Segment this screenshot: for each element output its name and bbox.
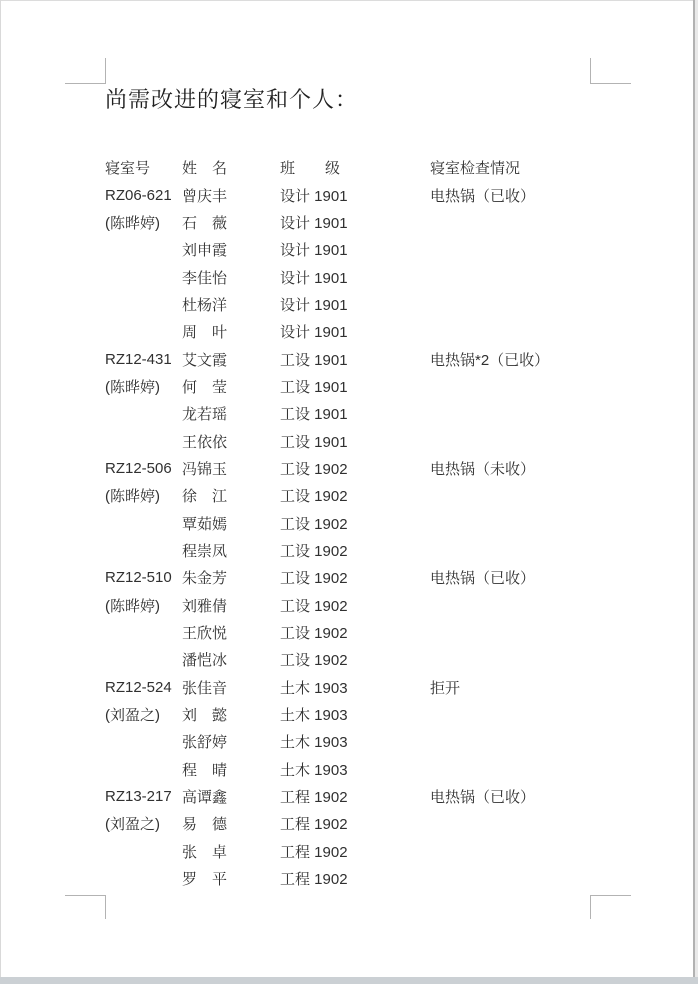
name-cell: 张佳音 [182,677,280,698]
class-cell: 工设 1901 [280,349,430,370]
class-cell: 工程 1902 [280,841,430,862]
name-cell: 张舒婷 [182,731,280,752]
room-cell: RZ12-510 [105,569,182,586]
column-header-inspection: 寝室检查情况 [430,157,593,178]
text-area: 尚需改进的寝室和个人： 寝室号 姓 名 班 级 寝室检查情况 RZ06-621曾… [105,84,593,892]
column-header-name: 姓 名 [182,157,280,178]
table-row: 张舒婷土木 1903 [105,728,593,755]
table-row: 程 晴土木 1903 [105,756,593,783]
table-row: RZ06-621曾庆丰设计 1901电热锅（已收） [105,181,593,208]
table-header-row: 寝室号 姓 名 班 级 寝室检查情况 [105,154,593,181]
name-cell: 刘申霞 [182,239,280,260]
class-cell: 土木 1903 [280,759,430,780]
class-cell: 工设 1902 [280,513,430,534]
table-row: 王欣悦工设 1902 [105,619,593,646]
page-edge-top [0,0,698,1]
inspection-cell: 电热锅（未收） [430,458,593,479]
inspection-table-body: RZ06-621曾庆丰设计 1901电热锅（已收）(陈晔婷)石 薇设计 1901… [105,181,593,892]
crop-mark-bottom-left [65,895,106,896]
document-page: 尚需改进的寝室和个人： 寝室号 姓 名 班 级 寝室检查情况 RZ06-621曾… [0,0,698,984]
class-cell: 工设 1902 [280,622,430,643]
name-cell: 覃茹嫣 [182,513,280,534]
page-edge-bottom [0,977,698,984]
room-cell: (陈晔婷) [105,485,182,506]
table-row: RZ12-510朱金芳工设 1902电热锅（已收） [105,564,593,591]
class-cell: 土木 1903 [280,731,430,752]
room-cell: (刘盈之) [105,704,182,725]
page-edge-left [0,0,1,977]
crop-mark-bottom-left [105,895,106,919]
table-row: (陈晔婷)何 莹工设 1901 [105,373,593,400]
name-cell: 刘雅倩 [182,595,280,616]
table-row: RZ13-217高谭鑫工程 1902电热锅（已收） [105,783,593,810]
room-cell: RZ12-431 [105,351,182,368]
crop-mark-bottom-right [590,895,591,919]
inspection-cell: 电热锅（已收） [430,567,593,588]
name-cell: 程崇凤 [182,540,280,561]
table-row: RZ12-431艾文霞工设 1901电热锅*2（已收） [105,345,593,372]
table-row: 刘申霞设计 1901 [105,236,593,263]
class-cell: 设计 1901 [280,185,430,206]
table-row: 龙若瑶工设 1901 [105,400,593,427]
name-cell: 冯锦玉 [182,458,280,479]
crop-mark-top-left [105,58,106,84]
class-cell: 设计 1901 [280,239,430,260]
name-cell: 张 卓 [182,841,280,862]
table-row: (陈晔婷)刘雅倩工设 1902 [105,592,593,619]
class-cell: 设计 1901 [280,321,430,342]
class-cell: 设计 1901 [280,267,430,288]
inspection-cell: 电热锅*2（已收） [430,349,593,370]
name-cell: 王欣悦 [182,622,280,643]
table-row: 程崇凤工设 1902 [105,537,593,564]
name-cell: 罗 平 [182,868,280,889]
name-cell: 杜杨洋 [182,294,280,315]
name-cell: 曾庆丰 [182,185,280,206]
room-cell: (刘盈之) [105,813,182,834]
table-row: RZ12-524张佳音土木 1903拒开 [105,674,593,701]
class-cell: 土木 1903 [280,677,430,698]
table-row: 李佳怡设计 1901 [105,263,593,290]
name-cell: 徐 江 [182,485,280,506]
name-cell: 石 薇 [182,212,280,233]
room-cell: (陈晔婷) [105,212,182,233]
table-row: (陈晔婷)石 薇设计 1901 [105,209,593,236]
class-cell: 工设 1902 [280,595,430,616]
table-row: 杜杨洋设计 1901 [105,291,593,318]
column-header-class: 班 级 [280,157,430,178]
class-cell: 土木 1903 [280,704,430,725]
class-cell: 工设 1902 [280,458,430,479]
crop-mark-top-left [65,83,106,84]
inspection-cell: 拒开 [430,677,593,698]
table-row: 张 卓工程 1902 [105,838,593,865]
name-cell: 李佳怡 [182,267,280,288]
name-cell: 易 德 [182,813,280,834]
class-cell: 工设 1902 [280,649,430,670]
table-row: 罗 平工程 1902 [105,865,593,892]
name-cell: 周 叶 [182,321,280,342]
room-cell: RZ13-217 [105,788,182,805]
table-row: 周 叶设计 1901 [105,318,593,345]
name-cell: 高谭鑫 [182,786,280,807]
room-cell: RZ12-524 [105,679,182,696]
class-cell: 工程 1902 [280,813,430,834]
class-cell: 工程 1902 [280,786,430,807]
room-cell: RZ12-506 [105,460,182,477]
inspection-cell: 电热锅（已收） [430,786,593,807]
class-cell: 工程 1902 [280,868,430,889]
name-cell: 艾文霞 [182,349,280,370]
table-row: 潘恺冰工设 1902 [105,646,593,673]
room-cell: RZ06-621 [105,187,182,204]
name-cell: 龙若瑶 [182,403,280,424]
crop-mark-top-right [590,83,631,84]
class-cell: 工设 1901 [280,431,430,452]
class-cell: 工设 1902 [280,485,430,506]
class-cell: 设计 1901 [280,294,430,315]
name-cell: 程 晴 [182,759,280,780]
name-cell: 潘恺冰 [182,649,280,670]
page-title: 尚需改进的寝室和个人： [105,84,593,113]
class-cell: 工设 1901 [280,376,430,397]
inspection-table: 寝室号 姓 名 班 级 寝室检查情况 RZ06-621曾庆丰设计 1901电热锅… [105,154,593,892]
name-cell: 王依依 [182,431,280,452]
table-row: RZ12-506冯锦玉工设 1902电热锅（未收） [105,455,593,482]
name-cell: 刘 懿 [182,704,280,725]
table-row: (陈晔婷)徐 江工设 1902 [105,482,593,509]
class-cell: 设计 1901 [280,212,430,233]
table-row: 王依依工设 1901 [105,427,593,454]
table-row: 覃茹嫣工设 1902 [105,509,593,536]
column-header-room: 寝室号 [105,157,182,178]
room-cell: (陈晔婷) [105,595,182,616]
table-row: (刘盈之)刘 懿土木 1903 [105,701,593,728]
class-cell: 工设 1901 [280,403,430,424]
name-cell: 何 莹 [182,376,280,397]
crop-mark-bottom-right [590,895,631,896]
class-cell: 工设 1902 [280,540,430,561]
class-cell: 工设 1902 [280,567,430,588]
crop-mark-top-right [590,58,591,84]
inspection-cell: 电热锅（已收） [430,185,593,206]
room-cell: (陈晔婷) [105,376,182,397]
table-row: (刘盈之)易 德工程 1902 [105,810,593,837]
name-cell: 朱金芳 [182,567,280,588]
